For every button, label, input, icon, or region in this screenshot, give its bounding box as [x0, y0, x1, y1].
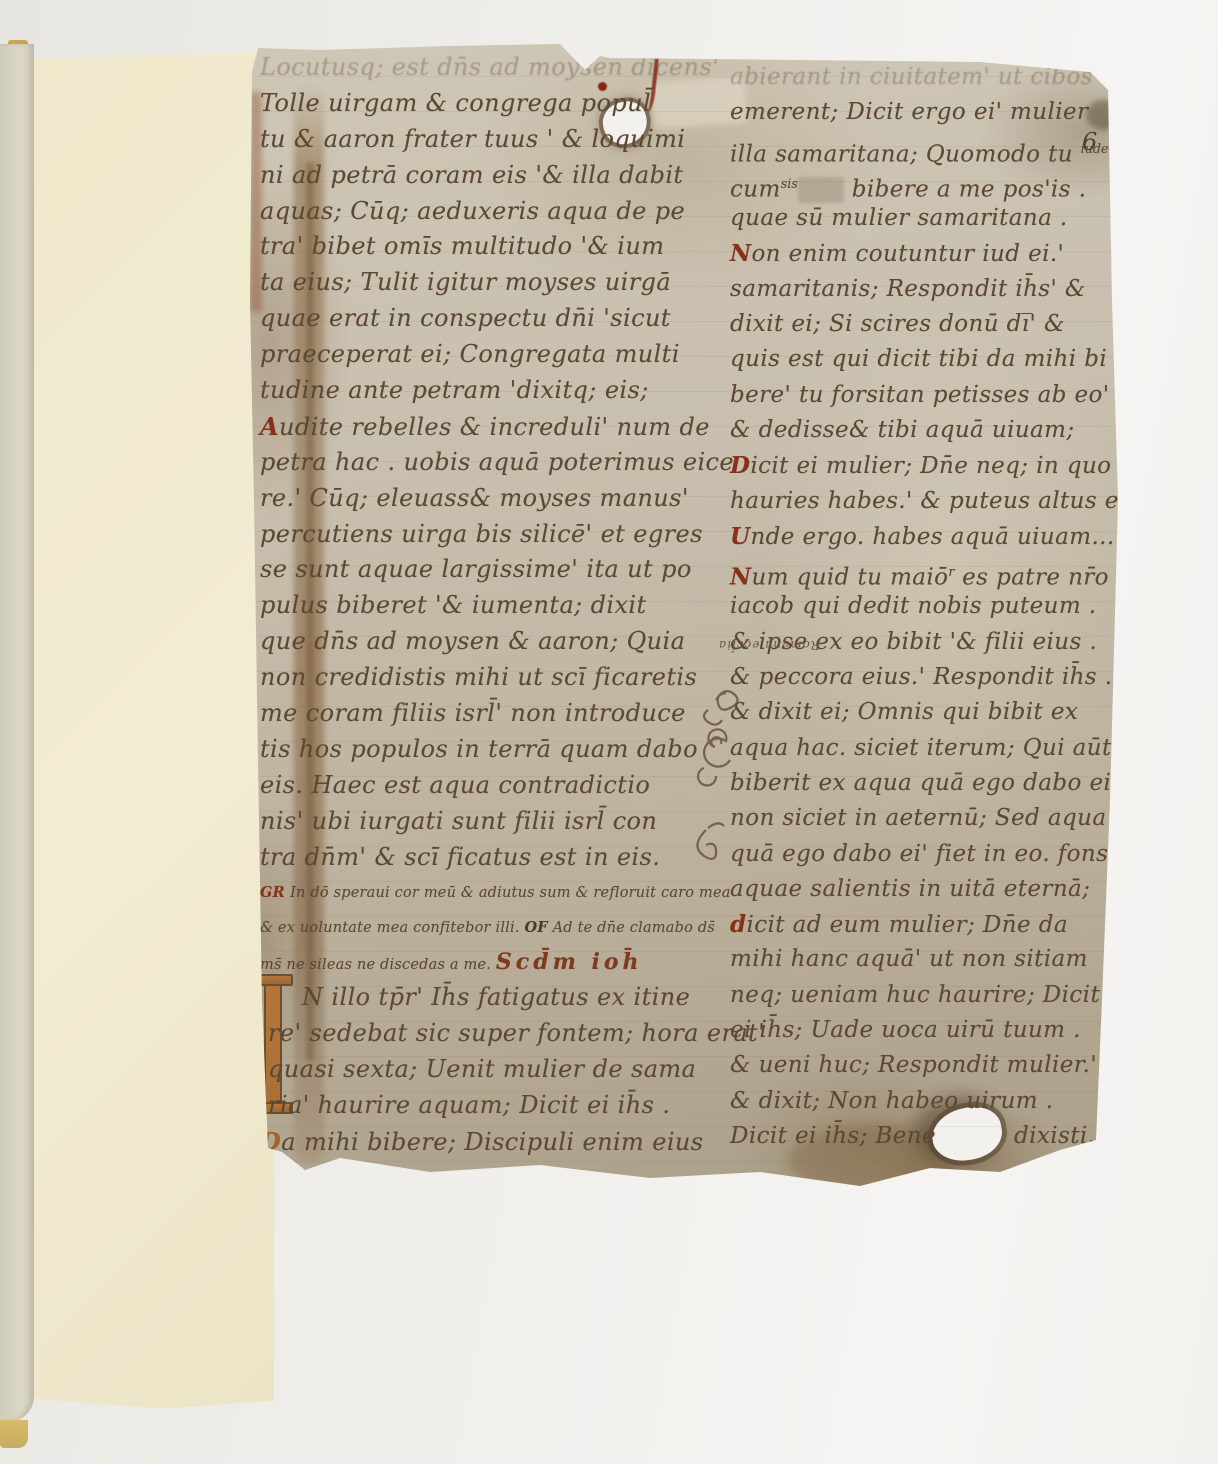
text-line: re' sedebat sic super fontem; hora erat' [260, 1016, 712, 1052]
text-line: aqua hac. siciet iterum; Qui aūt [730, 731, 1110, 766]
text-line: non credidistis mihi ut scī ficaretis [260, 660, 712, 696]
text-line: bere' tu forsitan petisses ab eo' [730, 378, 1110, 413]
text-segment: abierant in ciuitatem' ut cibos [730, 64, 1093, 90]
text-segment: ta eius; Tulit igitur moyses uirgā [260, 268, 671, 296]
text-line: biberit ex aqua quā ego dabo ei' [730, 766, 1110, 801]
text-line: dixit ei; Si scires donū di̅' & [730, 307, 1110, 342]
text-segment: re.' Cūq; eleuass& moyses manus' [260, 484, 689, 512]
text-line: tra dn̄m' & scī ficatus est in eis. [260, 840, 712, 876]
text-segment-init-red: d [730, 911, 746, 938]
text-segment-incipit: Scd̄m ioh̄ [496, 949, 643, 975]
text-line: tu & aaron frater tuus ' & loquimi [260, 122, 712, 158]
text-segment: tudine ante petram 'dixitq; eis; [260, 376, 649, 404]
text-line: aquas; Cūq; aeduxeris aqua de pe [260, 194, 712, 230]
text-segment: percutiens uirga bis silicē' et egres [260, 520, 703, 548]
text-line: Locutusq; est dn̄s ad moysen dicens' [260, 50, 712, 86]
text-segment: a mihi bibere; Discipuli enim eius [281, 1128, 703, 1156]
text-segment: um quid tu maiō [751, 565, 948, 591]
text-segment: icit ad eum mulier; Dn̄e da [746, 912, 1067, 938]
text-segment: pulus biberet '& iumenta; dixit [260, 591, 647, 619]
text-segment: ms̄ ne sileas ne discedas a me. [260, 957, 496, 973]
text-segment: eis. Haec est aqua contradictio [260, 771, 650, 799]
text-line: illa samaritana; Quomodo tu iudeus [730, 131, 1110, 166]
text-segment: icit ei mulier; Dn̄e neq; in quo [750, 453, 1111, 479]
text-line: ta eius; Tulit igitur moyses uirgā [260, 265, 712, 301]
text-segment-init-red: A [260, 412, 279, 441]
text-line: ni ad petrā coram eis '& illa dabit [260, 158, 712, 194]
text-segment-init-red: N [730, 564, 751, 591]
text-segment: ria' haurire aquam; Dicit ei ih̄s . [268, 1091, 670, 1119]
text-segment: biberit ex aqua quā ego dabo ei' [730, 770, 1118, 796]
text-segment: bere' tu forsitan petisses ab eo' [730, 382, 1110, 408]
text-segment: N illo tp̄r' Ih̄s fatigatus ex itine [302, 983, 690, 1011]
text-line: Num quid tu maiōr es patre nr̄o [730, 554, 1110, 589]
text-segment: tu & aaron frater tuus ' & loquimi [260, 125, 685, 153]
text-line: samaritanis; Respondit ih̄s' & [730, 272, 1110, 307]
text-segment: non siciet in aeternū; Sed aqua [730, 805, 1106, 831]
text-column-right: abierant in ciuitatem' ut cibosemerent; … [730, 60, 1110, 1154]
text-line: aquae salientis in uitā eternā; [730, 872, 1110, 907]
text-line: Dicit ei mulier; Dn̄e neq; in quo [730, 448, 1110, 483]
text-line: GR In dō speraui cor meū & adiutus sum &… [260, 875, 712, 910]
text-segment: samaritanis; Respondit ih̄s' & [730, 276, 1086, 302]
text-segment-neume: OF [524, 919, 547, 936]
text-segment-erasure [798, 177, 844, 203]
text-segment: Ad te dn̄e clamabo ds̄ [548, 920, 715, 936]
text-line: & dixit; Non habeo uirum . [730, 1084, 1110, 1119]
text-line: mihi hanc aquā' ut non sitiam [730, 942, 1110, 977]
text-segment: aqua hac. siciet iterum; Qui aūt [730, 735, 1112, 761]
text-segment: ni ad petrā coram eis '& illa dabit [260, 161, 683, 189]
text-segment: In dō speraui cor meū & adiutus sum & re… [290, 885, 731, 901]
text-line: percutiens uirga bis silicē' et egres [260, 517, 712, 553]
text-line: quasi sexta; Uenit mulier de sama [260, 1052, 712, 1088]
text-segment: neq; ueniam huc haurire; Dicit [730, 982, 1100, 1008]
text-segment: praeceperat ei; Congregata multi [260, 340, 680, 368]
text-segment: quae erat in conspectu dn̄i 'sicut [260, 304, 671, 332]
text-segment: tra' bibet omīs multitudo '& ium [260, 232, 664, 260]
text-segment: illa samaritana; Quomodo tu [730, 141, 1081, 167]
text-segment: ei ih̄s; Uade uoca uirū tuum . [730, 1017, 1081, 1043]
text-segment: on enim coutuntur iud ei.' [751, 241, 1064, 267]
text-line: ei ih̄s; Uade uoca uirū tuum . [730, 1013, 1110, 1048]
text-segment: Tolle uirgam & congrega popul̄ [260, 89, 651, 117]
text-line: ms̄ ne sileas ne discedas a me. Scd̄m io… [260, 945, 712, 980]
text-line: tis hos populos in terrā quam dabo [260, 732, 712, 768]
text-segment: & ueni huc; Respondit mulier.' [730, 1052, 1097, 1078]
upside-down-annotation: Romana eccl̄ia [718, 638, 820, 652]
text-segment-init-red: D [730, 452, 750, 479]
text-line: petra hac . uobis aquā poterimus eice [260, 445, 712, 481]
text-segment: quā ego dabo ei' fiet in eo. fons [730, 841, 1108, 867]
text-segment: aquas; Cūq; aeduxeris aqua de pe [260, 197, 685, 225]
text-segment: es patre nr̄o [954, 565, 1109, 591]
text-segment: petra hac . uobis aquā poterimus eice [260, 448, 734, 476]
text-line: se sunt aquae largissime' ita ut po [260, 552, 712, 588]
text-line: non siciet in aeternū; Sed aqua [730, 801, 1110, 836]
text-segment: quasi sexta; Uenit mulier de sama [268, 1055, 696, 1083]
text-segment: que dn̄s ad moysen & aaron; Quia [260, 627, 685, 655]
text-segment-gap [936, 1119, 1014, 1154]
text-segment: quae sū mulier samaritana . [730, 205, 1068, 231]
text-segment: tis hos populos in terrā quam dabo [260, 735, 698, 763]
text-line: Tolle uirgam & congrega popul̄ [260, 86, 712, 122]
text-segment: tra dn̄m' & scī ficatus est in eis. [260, 843, 660, 871]
pen-flourish-doodles [678, 682, 768, 872]
text-line: tudine ante petram 'dixitq; eis; [260, 373, 712, 409]
text-segment-init-red: N [730, 240, 751, 267]
text-line: quae erat in conspectu dn̄i 'sicut [260, 301, 712, 337]
text-segment: cum [730, 177, 781, 203]
text-segment: iacob qui dedit nobis puteum . [730, 593, 1097, 619]
text-line: Da mihi bibere; Discipuli enim eius [260, 1124, 712, 1160]
text-segment-init-red: U [730, 523, 750, 550]
text-segment: & peccora eius.' Respondit ih̄s . [730, 664, 1112, 690]
text-segment-sup: iudeus [1081, 141, 1123, 156]
text-line: & ueni huc; Respondit mulier.' [730, 1048, 1110, 1083]
text-segment: re' sedebat sic super fontem; hora erat' [268, 1019, 765, 1047]
text-line: & peccora eius.' Respondit ih̄s . [730, 660, 1110, 695]
text-column-left: Locutusq; est dn̄s ad moysen dicens'Toll… [260, 50, 712, 1160]
text-segment: non credidistis mihi ut scī ficaretis [260, 663, 697, 691]
text-line: quae sū mulier samaritana . [730, 201, 1110, 236]
text-line: emerent; Dicit ergo ei' mulier [730, 95, 1110, 130]
text-line: dicit ad eum mulier; Dn̄e da [730, 907, 1110, 942]
text-line: cumsis bibere a me pos'is . [730, 166, 1110, 201]
text-segment: & dixit ei; Omnis qui bibit ex [730, 699, 1078, 725]
text-segment-sup: sis [781, 176, 798, 191]
text-segment: & dedisse& tibi aquā uiuam; [730, 417, 1075, 443]
text-line: abierant in ciuitatem' ut cibos [730, 60, 1110, 95]
text-line: praeceperat ei; Congregata multi [260, 337, 712, 373]
text-line: quā ego dabo ei' fiet in eo. fons [730, 837, 1110, 872]
text-segment: Dicit ei ih̄s; Bene [730, 1123, 936, 1149]
text-line: & dixit ei; Omnis qui bibit ex [730, 695, 1110, 730]
text-line: tra' bibet omīs multitudo '& ium [260, 229, 712, 265]
text-line: re.' Cūq; eleuass& moyses manus' [260, 481, 712, 517]
text-segment: quis est qui dicit tibi da mihi bi [730, 346, 1107, 372]
text-segment: mihi hanc aquā' ut non sitiam [730, 946, 1088, 972]
text-line: eis. Haec est aqua contradictio [260, 768, 712, 804]
text-segment: dixit ei; Si scires donū di̅' & [730, 311, 1065, 337]
text-line: Unde ergo. habes aquā uiuam... [730, 519, 1110, 554]
text-segment: & dixit; Non habeo uirum . [730, 1088, 1053, 1114]
text-segment: bibere a me pos'is . [844, 177, 1086, 203]
text-segment: se sunt aquae largissime' ita ut po [260, 555, 692, 583]
text-line: que dn̄s ad moysen & aaron; Quia [260, 624, 712, 660]
text-segment: hauries habes.' & puteus altus est; [730, 488, 1149, 514]
text-line: neq; ueniam huc haurire; Dicit [730, 978, 1110, 1013]
text-line: N illo tp̄r' Ih̄s fatigatus ex itine [260, 980, 712, 1016]
text-line: & dedisse& tibi aquā uiuam; [730, 413, 1110, 448]
text-segment: nde ergo. habes aquā uiuam... [750, 524, 1114, 550]
book-spine-bottom [0, 1420, 28, 1448]
text-segment: me coram filiis isrl̄' non introduce [260, 699, 686, 727]
text-segment: & ex uoluntate mea confitebor illi. [260, 920, 524, 936]
text-line: ria' haurire aquam; Dicit ei ih̄s . [260, 1088, 712, 1124]
text-line: Non enim coutuntur iud ei.' [730, 236, 1110, 271]
text-line: nis' ubi iurgati sunt filii isrl̄ con [260, 804, 712, 840]
text-line: quis est qui dicit tibi da mihi bi [730, 342, 1110, 377]
text-segment: Locutusq; est dn̄s ad moysen dicens' [260, 53, 719, 81]
text-segment-init-red: GR [260, 884, 290, 901]
text-line: me coram filiis isrl̄' non introduce [260, 696, 712, 732]
text-line: pulus biberet '& iumenta; dixit [260, 588, 712, 624]
book-page-edge [0, 44, 34, 1422]
parchment-leaf: 6 I Locutusq; est dn̄s ad moysen dicens'… [248, 42, 1120, 1192]
manuscript-photo: 6 I Locutusq; est dn̄s ad moysen dicens'… [0, 0, 1218, 1464]
text-line: Audite rebelles & increduli' num de [260, 409, 712, 445]
text-segment: aquae salientis in uitā eternā; [730, 876, 1090, 902]
text-segment: emerent; Dicit ergo ei' mulier [730, 99, 1088, 125]
text-segment: nis' ubi iurgati sunt filii isrl̄ con [260, 807, 657, 835]
text-line: Dicit ei ih̄s; Bene dixisti.' [730, 1119, 1110, 1154]
text-line: iacob qui dedit nobis puteum . [730, 589, 1110, 624]
text-segment: dixisti.' [1014, 1123, 1102, 1149]
text-line: hauries habes.' & puteus altus est; [730, 484, 1110, 519]
mount-page [34, 52, 274, 1410]
text-line: & ex uoluntate mea confitebor illi. OF A… [260, 910, 712, 945]
text-segment: udite rebelles & increduli' num de [279, 413, 710, 441]
